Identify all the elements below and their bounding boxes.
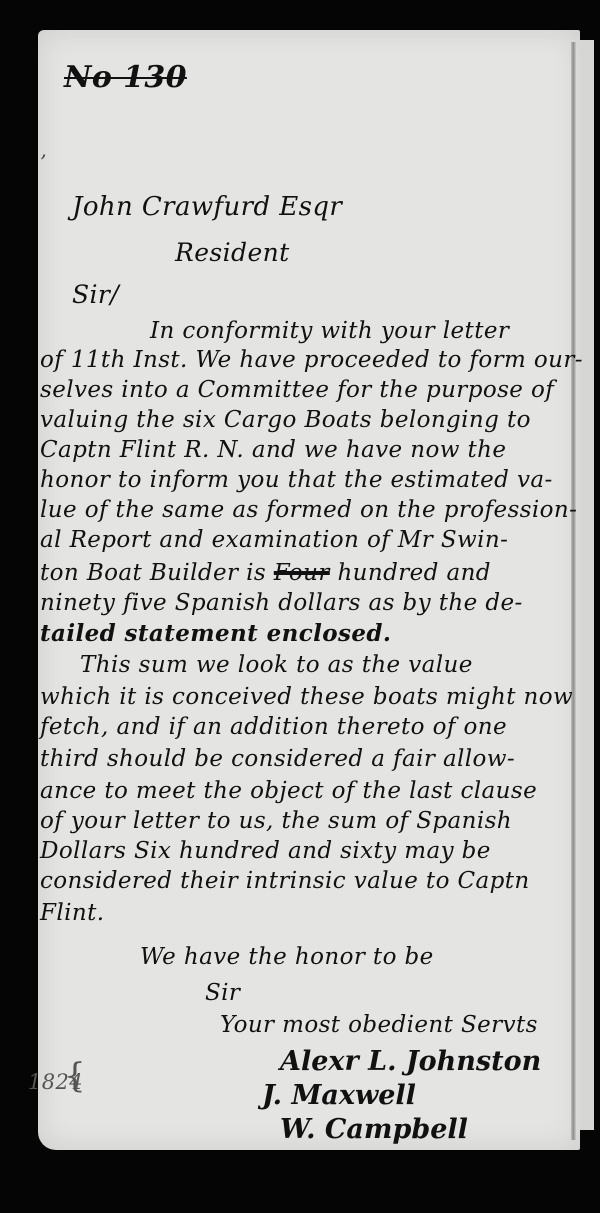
body-line: fetch, and if an addition thereto of one [40,714,507,740]
body-line: Dollars Six hundred and sixty may be [40,838,491,864]
body-line: third should be considered a fair allow- [40,746,515,772]
closing-line: Sir [205,980,240,1006]
signature: Alexr L. Johnston [280,1046,541,1077]
line-part: hundred and [330,560,491,586]
struck-word: Four [274,560,330,586]
signature: W. Campbell [280,1114,468,1145]
body-line: selves into a Committee for the purpose … [40,377,554,403]
addressee-name: John Crawfurd Esqr [72,192,342,222]
body-line: of 11th Inst. We have proceeded to form … [40,347,583,373]
body-line: ninety five Spanish dollars as by the de… [40,590,523,616]
closing-line: We have the honor to be [140,944,434,970]
body-line: Flint. [40,900,104,926]
body-line: Captn Flint R. N. and we have now the [40,437,506,463]
body-line: valuing the six Cargo Boats belonging to [40,407,531,433]
body-line: considered their intrinsic value to Capt… [40,868,530,894]
body-line: honor to inform you that the estimated v… [40,467,553,493]
margin-mark: ’ [40,150,47,174]
signature: J. Maxwell [262,1080,416,1111]
body-line: ance to meet the object of the last clau… [40,778,537,804]
line-part: ton Boat Builder is [40,560,274,586]
folio-number: No 130 [64,60,187,95]
body-line: This sum we look to as the value [80,652,473,678]
salutation: Sir/ [72,280,119,309]
body-line: lue of the same as formed on the profess… [40,497,577,523]
body-line-with-struck-word: ton Boat Builder is Four hundred and [40,560,491,586]
addressee-title: Resident [175,238,290,267]
body-line: tailed statement enclosed. [40,620,391,647]
closing-line: Your most obedient Servts [220,1012,538,1038]
body-line: which it is conceived these boats might … [40,684,573,710]
body-line: In conformity with your letter [150,318,509,344]
body-line: of your letter to us, the sum of Spanish [40,808,512,834]
page-flap [580,40,594,1130]
body-line: al Report and examination of Mr Swin- [40,527,508,553]
margin-brace: { [64,1056,86,1096]
page-edge [571,42,576,1140]
